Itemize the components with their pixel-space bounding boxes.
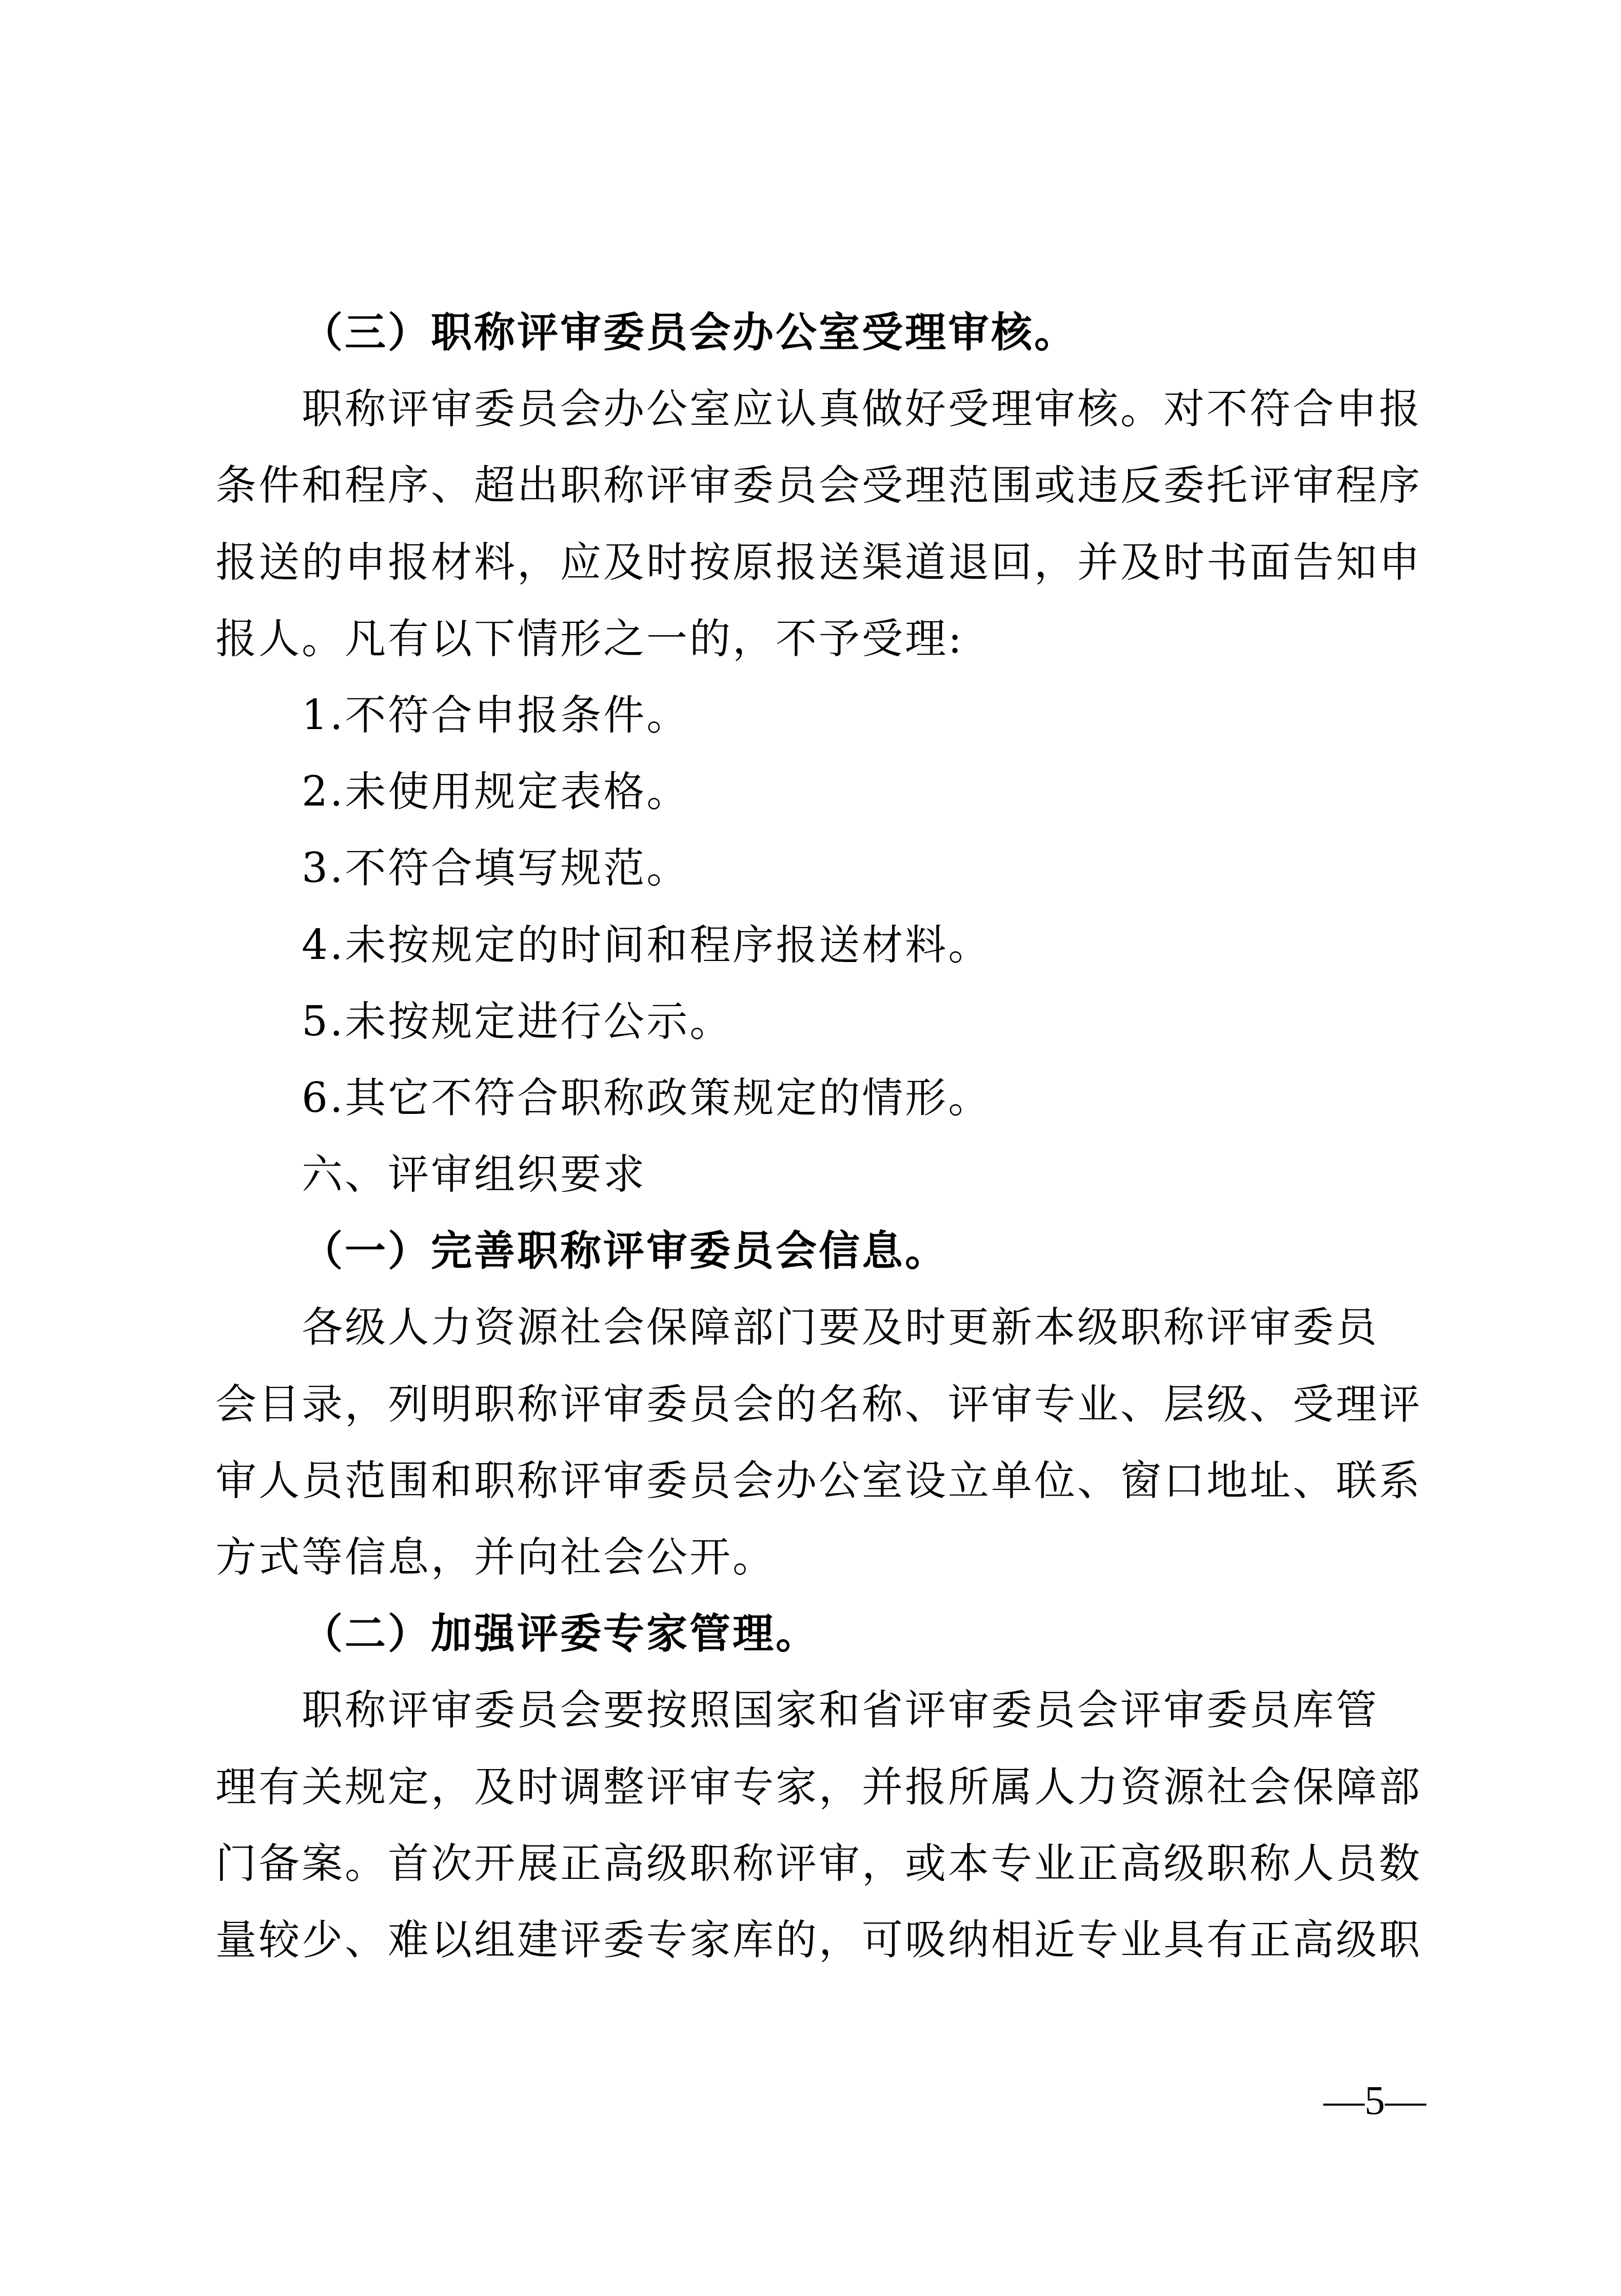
- document-body: （三）职称评审委员会办公室受理审核。 职称评审委员会办公室应认真做好受理审核。对…: [215, 294, 1422, 1978]
- paragraph-line: 量较少、难以组建评委专家库的，可吸纳相近专业具有正高级职: [215, 1901, 1422, 1978]
- page-number: —5—: [1313, 2081, 1426, 2122]
- paragraph-line: 报送的申报材料，应及时按原报送渠道退回，并及时书面告知申: [215, 524, 1422, 600]
- paragraph-line: 报人。凡有以下情形之一的，不予受理:: [215, 600, 1422, 677]
- list-item: 2.未使用规定表格。: [215, 753, 1422, 830]
- document-page: （三）职称评审委员会办公室受理审核。 职称评审委员会办公室应认真做好受理审核。对…: [0, 0, 1621, 2296]
- paragraph-line: 理有关规定，及时调整评审专家，并报所属人力资源社会保障部: [215, 1749, 1422, 1825]
- paragraph-line: 职称评审委员会办公室应认真做好受理审核。对不符合申报: [215, 370, 1422, 447]
- paragraph-line: 各级人力资源社会保障部门要及时更新本级职称评审委员: [215, 1289, 1422, 1365]
- list-item: 4.未按规定的时间和程序报送材料。: [215, 907, 1422, 983]
- paragraph-line: 审人员范围和职称评审委员会办公室设立单位、窗口地址、联系: [215, 1442, 1422, 1519]
- subsection-heading-6-2: （二）加强评委专家管理。: [215, 1595, 1422, 1672]
- section-heading-6: 六、评审组织要求: [215, 1136, 1422, 1212]
- list-item: 3.不符合填写规范。: [215, 830, 1422, 906]
- paragraph-line: 方式等信息，并向社会公开。: [215, 1519, 1422, 1595]
- paragraph-line: 门备案。首次开展正高级职称评审，或本专业正高级职称人员数: [215, 1825, 1422, 1901]
- list-item: 5.未按规定进行公示。: [215, 983, 1422, 1059]
- list-item: 6.其它不符合职称政策规定的情形。: [215, 1059, 1422, 1136]
- subsection-heading-6-1: （一）完善职称评审委员会信息。: [215, 1212, 1422, 1289]
- paragraph-line: 职称评审委员会要按照国家和省评审委员会评审委员库管: [215, 1672, 1422, 1748]
- paragraph-line: 条件和程序、超出职称评审委员会受理范围或违反委托评审程序: [215, 447, 1422, 523]
- list-item: 1.不符合申报条件。: [215, 677, 1422, 753]
- paragraph-line: 会目录，列明职称评审委员会的名称、评审专业、层级、受理评: [215, 1366, 1422, 1442]
- subsection-heading-3: （三）职称评审委员会办公室受理审核。: [215, 294, 1422, 370]
